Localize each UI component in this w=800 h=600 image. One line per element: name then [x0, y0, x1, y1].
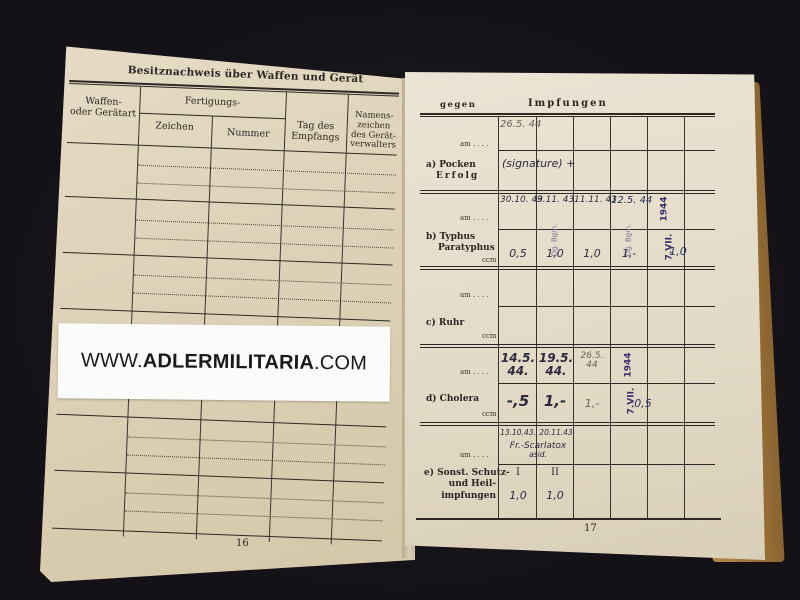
divider	[420, 113, 715, 115]
cell-rule	[498, 306, 715, 307]
date-stamp: 1944	[624, 352, 634, 377]
am-label: am . . . .	[460, 140, 489, 148]
ccm-label: ccm	[482, 332, 496, 340]
divider	[420, 116, 715, 117]
date-entry: 19.5. 44.	[537, 352, 575, 377]
dose-entry: 1,0	[537, 490, 573, 502]
date-entry: 30.10. 43	[500, 196, 536, 205]
am-label: am . . . .	[460, 451, 489, 459]
ccm-label: ccm	[482, 256, 496, 264]
watermark-label: WWW.ADLERMILITARIA.COM	[58, 323, 391, 401]
header-gegen: gegen	[440, 100, 476, 110]
section-rule	[420, 422, 715, 423]
date-entry: 26.5. 44	[500, 120, 536, 131]
col-header-tag: Tag des Empfangs	[285, 120, 346, 144]
column-rule	[498, 116, 499, 518]
watermark-prefix: WWW.	[81, 350, 143, 374]
section-label-cholera: d) Cholera	[426, 394, 479, 405]
am-label: am . . . .	[460, 214, 489, 222]
table-bottom-rule	[416, 518, 721, 520]
section-label-ruhr: c) Ruhr	[426, 318, 464, 329]
cell-rule	[498, 229, 715, 230]
cell-rule	[498, 383, 715, 384]
date-entry: 11.11. 43	[574, 196, 610, 205]
dose-entry: 1,-	[537, 394, 573, 410]
watermark-suffix: .COM	[314, 352, 367, 376]
dose-entry: 1,-	[574, 398, 610, 410]
date-stamp: 1944	[660, 196, 670, 221]
dose-number: II	[537, 468, 573, 479]
date-entry: 9.11. 43	[537, 196, 573, 205]
section-label-typhus: b) Typhus Paratyphus	[426, 232, 495, 255]
section-rule	[420, 190, 715, 191]
section-rule	[420, 269, 715, 270]
column-rule	[684, 116, 685, 518]
dose-entry: 1,0	[660, 246, 696, 258]
date-entry: 26.5. 44	[574, 352, 610, 371]
result-signature: (signature) +	[502, 158, 536, 170]
col-header-type: Waffen- oder Gerätart	[68, 96, 139, 121]
section-rule	[420, 344, 715, 345]
page-number-left: 16	[236, 538, 249, 549]
ccm-label: ccm	[482, 410, 496, 418]
date-entry: 14.5. 44.	[499, 352, 537, 377]
am-label: am . . . .	[460, 368, 489, 376]
vaccine-note: Fr.-Scarlatox asid.	[502, 442, 574, 459]
column-rule	[610, 116, 611, 518]
section-rule	[420, 347, 715, 348]
section-rule	[420, 425, 715, 426]
date-entry: 12.5. 44	[611, 196, 647, 207]
col-header-namenszeichen: Namens- zeichen des Gerät- verwalters	[347, 111, 400, 152]
section-rule	[420, 266, 715, 267]
date-entry: 20.11.43	[537, 429, 575, 437]
column-rule	[647, 116, 648, 518]
dose-entry: 0,5	[625, 398, 661, 410]
section-label-pocken: a) Pocken Erfolg	[426, 160, 479, 183]
dose-entry: 0,5	[500, 248, 536, 260]
dose-entry: -,5	[500, 394, 536, 410]
page-number-right: 17	[584, 523, 597, 534]
cell-rule	[498, 464, 715, 465]
dose-entry: 1,0	[537, 248, 573, 260]
dose-entry: 1,0	[500, 490, 536, 502]
cell-rule	[498, 150, 715, 151]
watermark-brand: ADLERMILITARIA	[143, 350, 315, 375]
header-impfungen: Impfungen	[528, 98, 608, 109]
dose-number: I	[500, 468, 536, 479]
am-label: am . . . .	[460, 291, 489, 299]
date-entry: 13.10.43.	[499, 429, 537, 437]
dose-entry: 1,0	[574, 248, 610, 260]
section-label-sonst: e) Sonst. Schutz- und Heil- impfungen	[424, 468, 496, 502]
section-rule	[420, 193, 715, 194]
dose-entry: 1,-	[611, 248, 647, 260]
